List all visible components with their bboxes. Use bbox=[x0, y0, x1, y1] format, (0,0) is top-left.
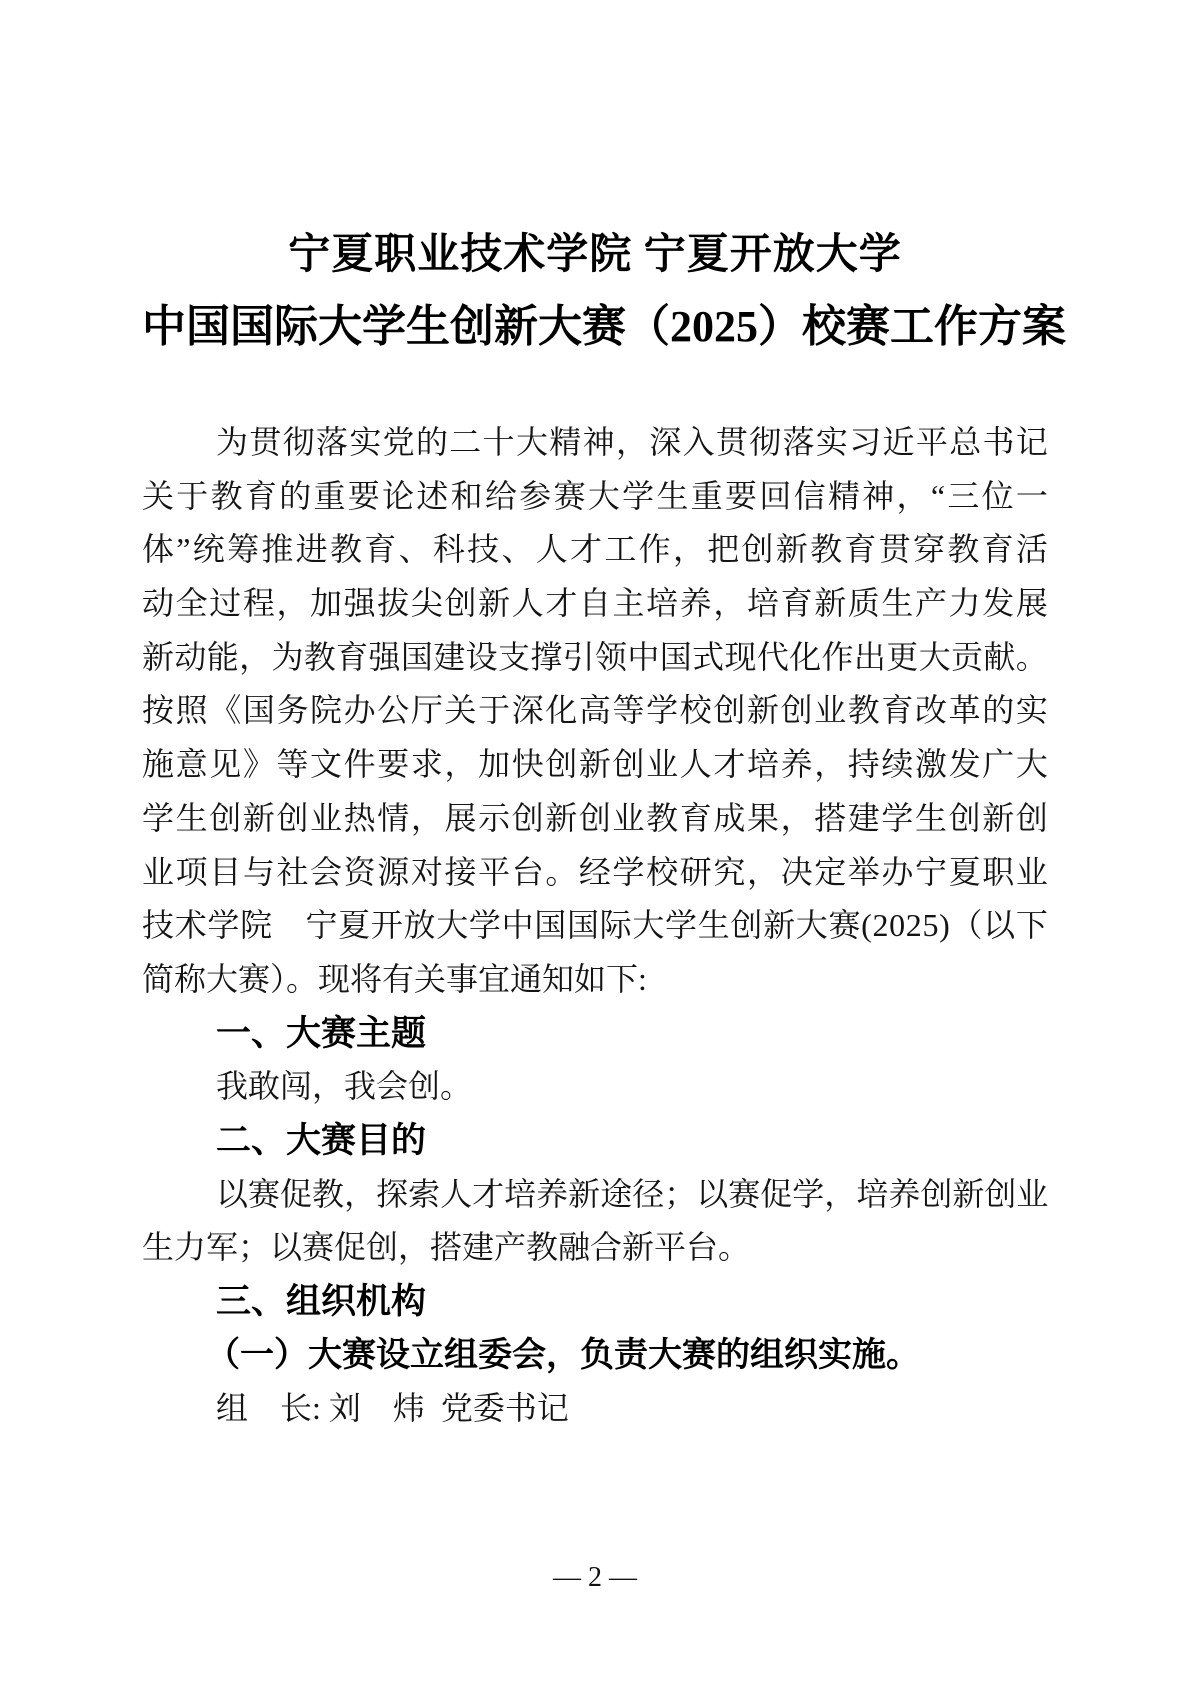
intro-paragraph-line: 为贯彻落实党的二十大精神，深入贯彻落实习近平总书记 bbox=[142, 416, 1048, 470]
page-number: — 2 — bbox=[0, 1561, 1190, 1595]
intro-paragraph-line: 关于教育的重要论述和给参赛大学生重要回信精神，“三位一 bbox=[142, 470, 1048, 524]
section-heading-theme: 一、大赛主题 bbox=[142, 1007, 1048, 1061]
document-title-line-1: 宁夏职业技术学院 宁夏开放大学 bbox=[142, 231, 1048, 279]
intro-paragraph-line: 按照《国务院办公厅关于深化高等学校创新创业教育改革的实 bbox=[142, 684, 1048, 738]
section-theme-text: 我敢闯，我会创。 bbox=[142, 1060, 1048, 1114]
organization-member-line: 组 长: 刘 炜 党委书记 bbox=[142, 1382, 1048, 1436]
intro-paragraph-line: 动全过程，加强拔尖创新人才自主培养，培育新质生产力发展 bbox=[142, 577, 1048, 631]
section-purpose-text: 生力军；以赛促创，搭建产教融合新平台。 bbox=[142, 1221, 1048, 1275]
intro-paragraph-line: 业项目与社会资源对接平台。经学校研究，决定举办宁夏职业 bbox=[142, 846, 1048, 900]
section-purpose-text: 以赛促教，探索人才培养新途径；以赛促学，培养创新创业 bbox=[142, 1168, 1048, 1222]
document-content: 宁夏职业技术学院 宁夏开放大学 中国国际大学生创新大赛（2025）校赛工作方案 … bbox=[142, 0, 1048, 1436]
section-heading-purpose: 二、大赛目的 bbox=[142, 1114, 1048, 1168]
intro-paragraph-line: 新动能，为教育强国建设支撑引领中国式现代化作出更大贡献。 bbox=[142, 631, 1048, 685]
document-title-line-2: 中国国际大学生创新大赛（2025）校赛工作方案 bbox=[142, 302, 1048, 352]
section-heading-organization: 三、组织机构 bbox=[142, 1275, 1048, 1329]
intro-paragraph-line: 学生创新创业热情，展示创新创业教育成果，搭建学生创新创 bbox=[142, 792, 1048, 846]
document-body: 为贯彻落实党的二十大精神，深入贯彻落实习近平总书记 关于教育的重要论述和给参赛大… bbox=[142, 416, 1048, 1436]
intro-paragraph-line: 施意见》等文件要求，加快创新创业人才培养，持续激发广大 bbox=[142, 738, 1048, 792]
intro-paragraph-line: 体”统筹推进教育、科技、人才工作，把创新教育贯穿教育活 bbox=[142, 523, 1048, 577]
intro-paragraph-line: 简称大赛）。现将有关事宜通知如下: bbox=[142, 953, 1048, 1007]
document-page: 宁夏职业技术学院 宁夏开放大学 中国国际大学生创新大赛（2025）校赛工作方案 … bbox=[0, 0, 1190, 1682]
organization-subheading: （一）大赛设立组委会，负责大赛的组织实施。 bbox=[142, 1329, 1048, 1383]
intro-paragraph-line: 技术学院 宁夏开放大学中国国际大学生创新大赛(2025)（以下 bbox=[142, 899, 1048, 953]
